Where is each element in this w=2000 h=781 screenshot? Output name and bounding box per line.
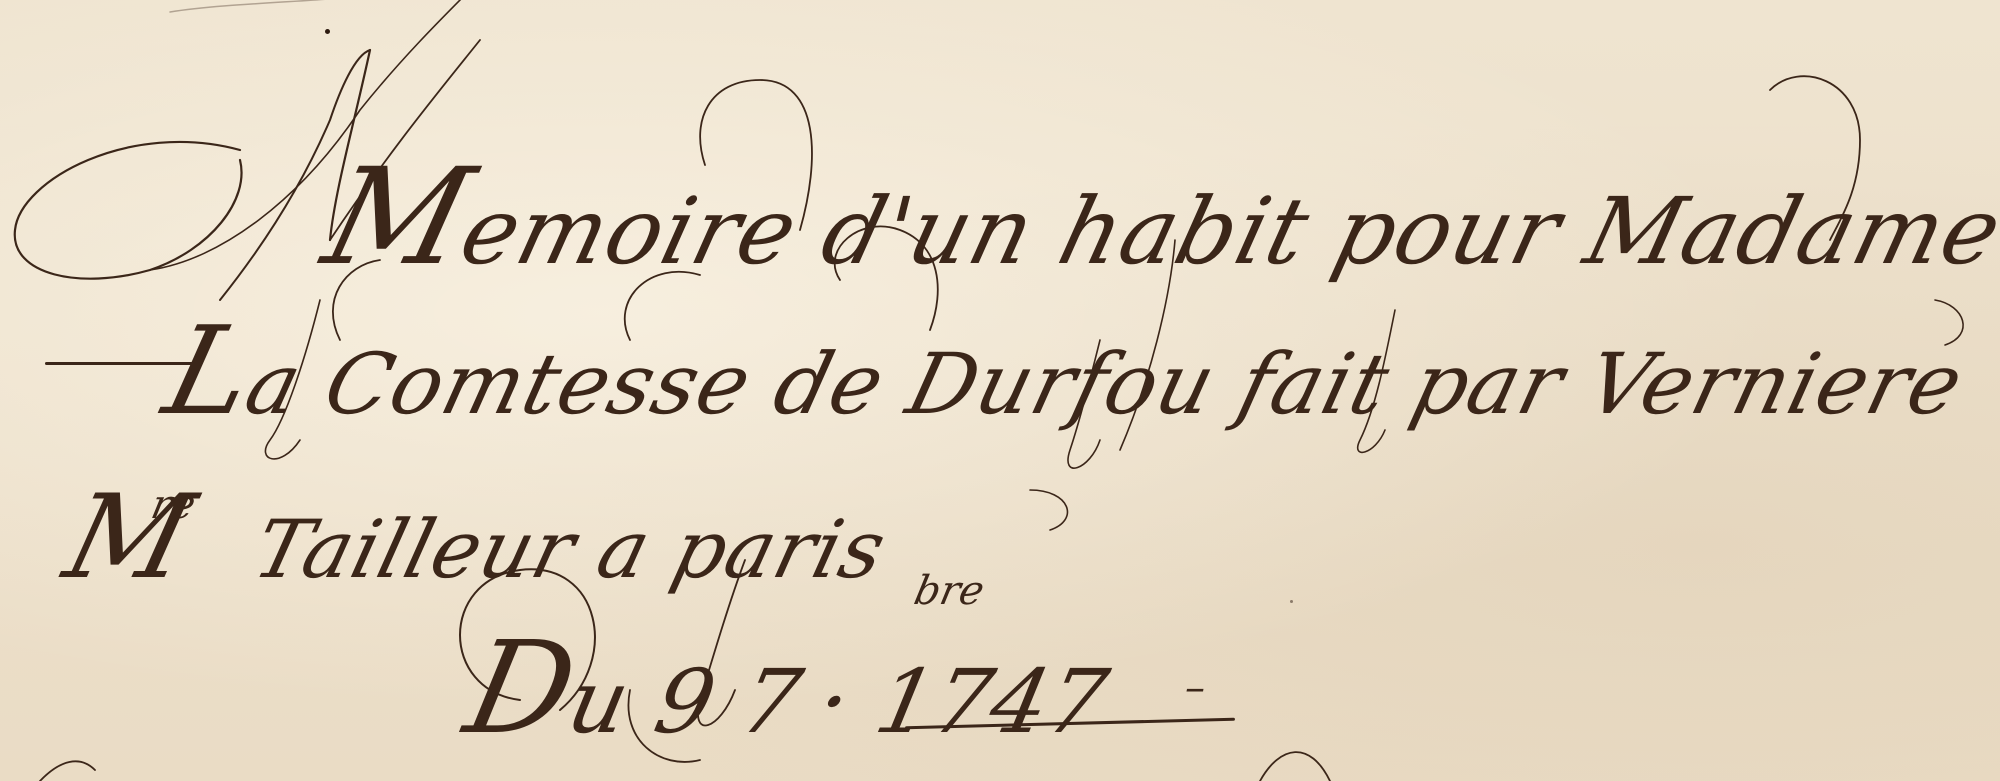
date-month-superscript: bre	[910, 568, 988, 614]
line-2-text: a Comtesse de Durfou fait par Verniere	[236, 335, 1973, 433]
ink-speck	[325, 29, 330, 34]
manuscript-date-line: Du 9 7· 1747	[454, 615, 1124, 763]
line-1-text: emoire d'un habit pour Madame	[451, 178, 2000, 285]
date-day-month: u 9 7	[560, 650, 812, 753]
date-year: · 1747	[809, 650, 1117, 753]
manuscript-page: Memoire d'un habit pour Madame La Comtes…	[0, 0, 2000, 781]
ink-speck	[1290, 600, 1293, 603]
date-trailing-dash: –	[1185, 665, 1205, 711]
manuscript-line-2: La Comtesse de Durfou fait par Verniere	[152, 300, 1981, 442]
line-3-text: Tailleur a paris	[245, 503, 895, 596]
manuscript-line-1: Memoire d'un habit pour Madame	[311, 140, 2000, 295]
